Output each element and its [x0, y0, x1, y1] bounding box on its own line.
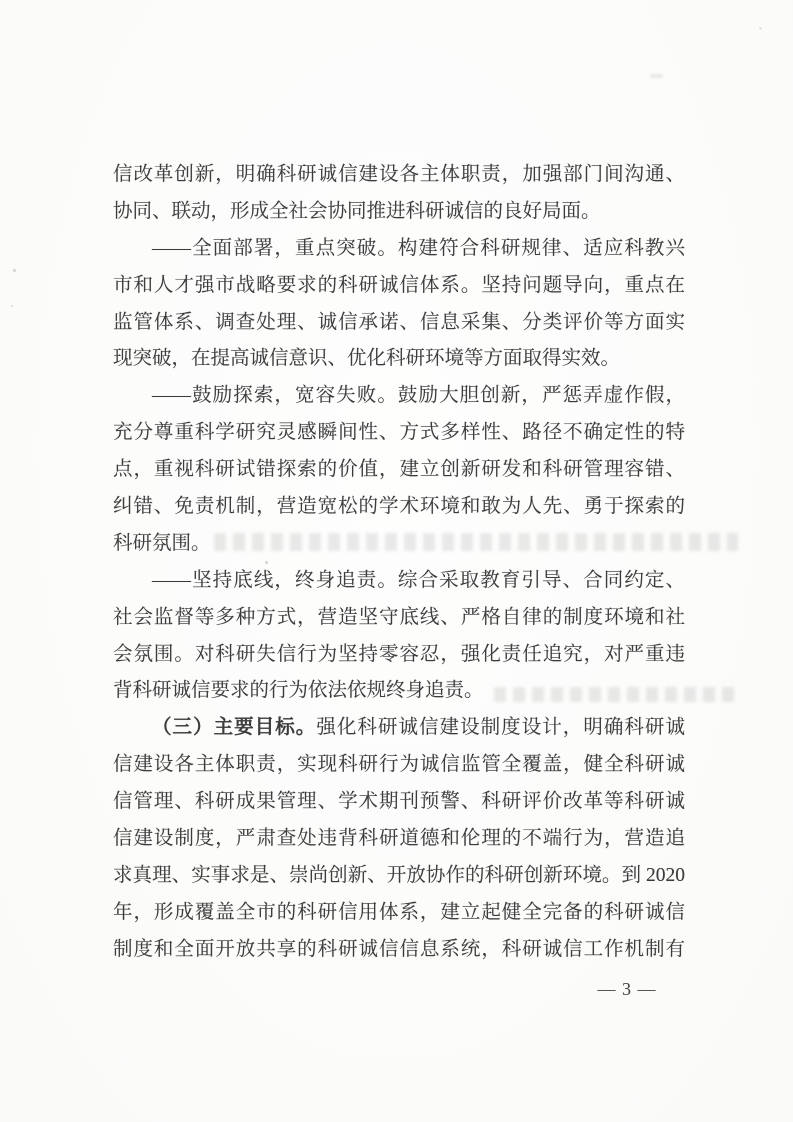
page-number: — 3 —: [585, 979, 669, 1000]
scan-speck: [650, 74, 663, 78]
text-line: ——鼓励探索，宽容失败。鼓励大胆创新，严惩弄虚作假，: [113, 378, 685, 415]
text-line: 信管理、科研成果管理、学术期刊预警、科研评价改革等科研诚: [113, 784, 685, 821]
bleedthrough-ghost: [214, 533, 738, 551]
text-line: （三）主要目标。强化科研诚信建设制度设计，明确科研诚: [113, 710, 685, 747]
scan-speck: [265, 561, 268, 564]
body-text: 信改革创新，明确科研诚信建设各主体职责，加强部门间沟通、 协同、联动，形成全社会…: [113, 157, 685, 969]
text-line: 点，重视科研试错探索的价值，建立创新研发和科研管理容错、: [113, 452, 685, 489]
text-line: 信建设各主体职责，实现科研行为诚信监管全覆盖，健全科研诚: [113, 747, 685, 784]
text-line: 纠错、免责机制，营造宽松的学术环境和敢为人先、勇于探索的: [113, 489, 685, 526]
text-line: 会氛围。对科研失信行为坚持零容忍，强化责任追究，对严重违: [113, 637, 685, 674]
scan-speck: [13, 269, 16, 272]
text-line: 监管体系、调查处理、诚信承诺、信息采集、分类评价等方面实: [113, 305, 685, 342]
text-segment: 强化科研诚信建设制度设计，明确科研诚: [316, 717, 685, 738]
scan-speck: [759, 27, 762, 30]
text-line: ——坚持底线，终身追责。综合采取教育引导、合同约定、: [113, 563, 685, 600]
text-line: 充分尊重科学研究灵感瞬间性、方式多样性、路径不确定性的特: [113, 415, 685, 452]
section-heading-lead: （三）主要目标。: [152, 717, 316, 738]
scan-speck: [11, 305, 13, 307]
text-line: 市和人才强市战略要求的科研诚信体系。坚持问题导向，重点在: [113, 268, 685, 305]
document-page: 信改革创新，明确科研诚信建设各主体职责，加强部门间沟通、 协同、联动，形成全社会…: [0, 0, 793, 1122]
text-line: 现突破，在提高诚信意识、优化科研环境等方面取得实效。: [113, 341, 685, 378]
text-line: 求真理、实事求是、崇尚创新、开放协作的科研创新环境。到 2020: [113, 858, 685, 895]
text-line: 信改革创新，明确科研诚信建设各主体职责，加强部门间沟通、: [113, 157, 685, 194]
bleedthrough-ghost: [494, 687, 740, 702]
text-line: 信建设制度，严肃查处违背科研道德和伦理的不端行为，营造追: [113, 821, 685, 858]
text-line: 协同、联动，形成全社会协同推进科研诚信的良好局面。: [113, 194, 685, 231]
text-line: 年，形成覆盖全市的科研信用体系，建立起健全完备的科研诚信: [113, 895, 685, 932]
text-line: 制度和全面开放共享的科研诚信信息系统，科研诚信工作机制有: [113, 932, 685, 969]
text-line: 社会监督等多种方式，营造坚守底线、严格自律的制度环境和社: [113, 600, 685, 637]
text-line: ——全面部署，重点突破。构建符合科研规律、适应科教兴: [113, 231, 685, 268]
